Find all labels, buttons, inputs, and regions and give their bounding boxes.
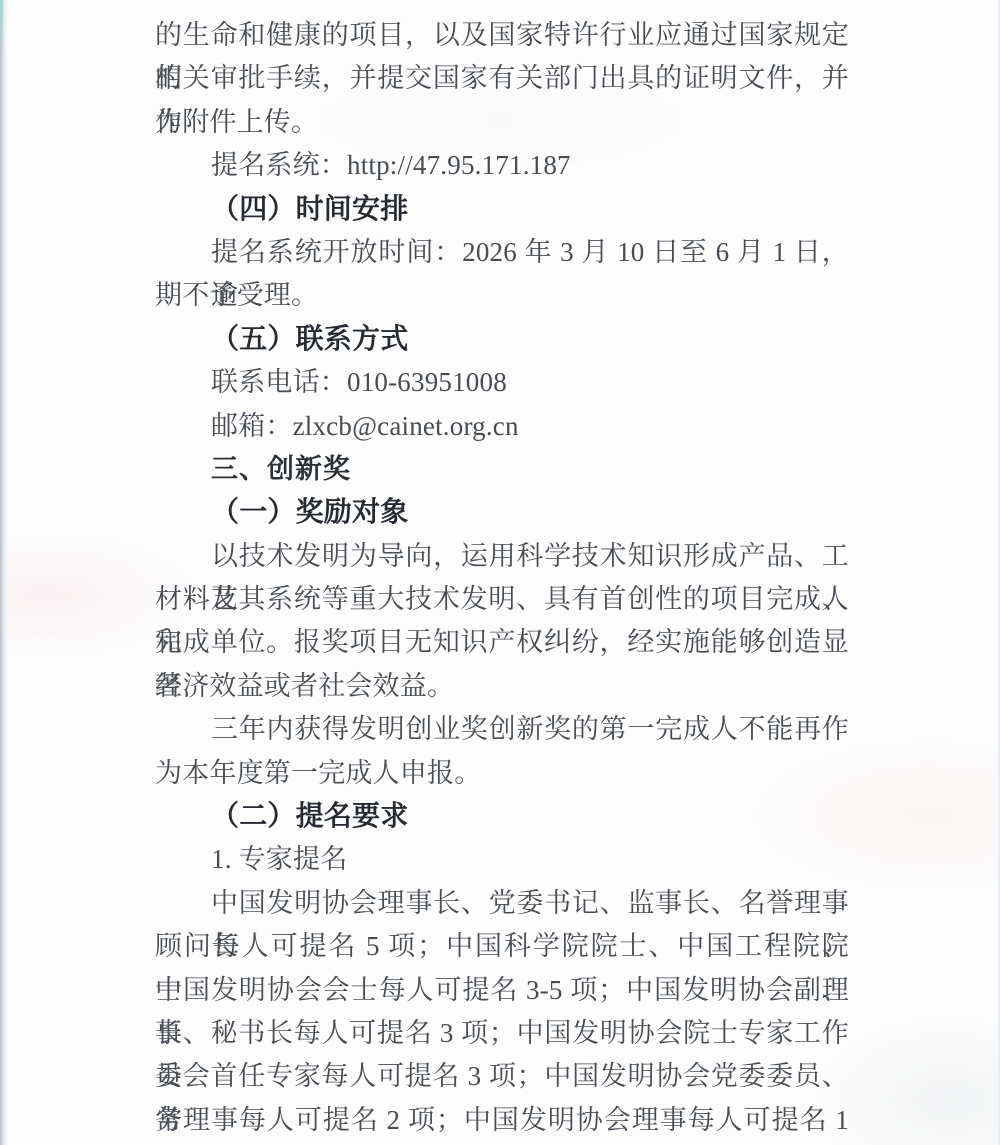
contact-email-line: 邮箱：zlxcb@cainet.org.cn	[155, 405, 849, 448]
doc-line: 长、秘书长每人可提名 3 项；中国发明协会院士专家工作委	[155, 1012, 849, 1055]
document-page: 的生命和健康的项目，以及国家特许行业应通过国家规定的 相关审批手续，并提交国家有…	[155, 14, 849, 1142]
doc-line: 完成单位。报奖项目无知识产权纠纷，经实施能够创造显著	[155, 621, 849, 664]
subsection-1-expert-nomination: 1. 专家提名	[155, 838, 849, 881]
doc-line: 经济效益或者社会效益。	[155, 665, 849, 708]
doc-line: 材料及其系统等重大技术发明、具有首创性的项目完成人和	[155, 578, 849, 621]
chapter-heading-3-innovation-award: 三、创新奖	[155, 448, 849, 491]
scan-edge-accent	[0, 0, 3, 60]
doc-line: 务理事每人可提名 2 项；中国发明协会理事每人可提名 1 项。	[155, 1099, 849, 1142]
doc-line: 中国发明协会理事长、党委书记、监事长、名誉理事长、	[155, 882, 849, 925]
scan-edge-left	[0, 0, 8, 1145]
doc-line: 为本年度第一完成人申报。	[155, 752, 849, 795]
system-open-time-line: 提名系统开放时间：2026 年 3 月 10 日至 6 月 1 日，逾	[155, 231, 849, 274]
doc-line: 三年内获得发明创业奖创新奖的第一完成人不能再作	[155, 708, 849, 751]
doc-line: 期不予受理。	[155, 274, 849, 317]
doc-line: 相关审批手续，并提交国家有关部门出具的证明文件，并作	[155, 57, 849, 100]
section-heading-1-award-target: （一）奖励对象	[155, 491, 849, 534]
doc-line: 的生命和健康的项目，以及国家特许行业应通过国家规定的	[155, 14, 849, 57]
section-heading-4-time-arrangement: （四）时间安排	[155, 188, 849, 231]
scan-edge-right	[994, 0, 1000, 1145]
section-heading-2-nomination-requirements: （二）提名要求	[155, 795, 849, 838]
doc-line: 中国发明协会会士每人可提名 3-5 项；中国发明协会副理事	[155, 969, 849, 1012]
contact-phone-line: 联系电话：010-63951008	[155, 361, 849, 404]
doc-line: 以技术发明为导向，运用科学技术知识形成产品、工艺、	[155, 535, 849, 578]
nomination-system-url-line: 提名系统：http://47.95.171.187	[155, 144, 849, 187]
doc-line: 顾问每人可提名 5 项；中国科学院院士、中国工程院院士、	[155, 925, 849, 968]
doc-line: 员会首任专家每人可提名 3 项；中国发明协会党委委员、常	[155, 1055, 849, 1098]
doc-line: 为附件上传。	[155, 101, 849, 144]
section-heading-5-contact: （五）联系方式	[155, 318, 849, 361]
